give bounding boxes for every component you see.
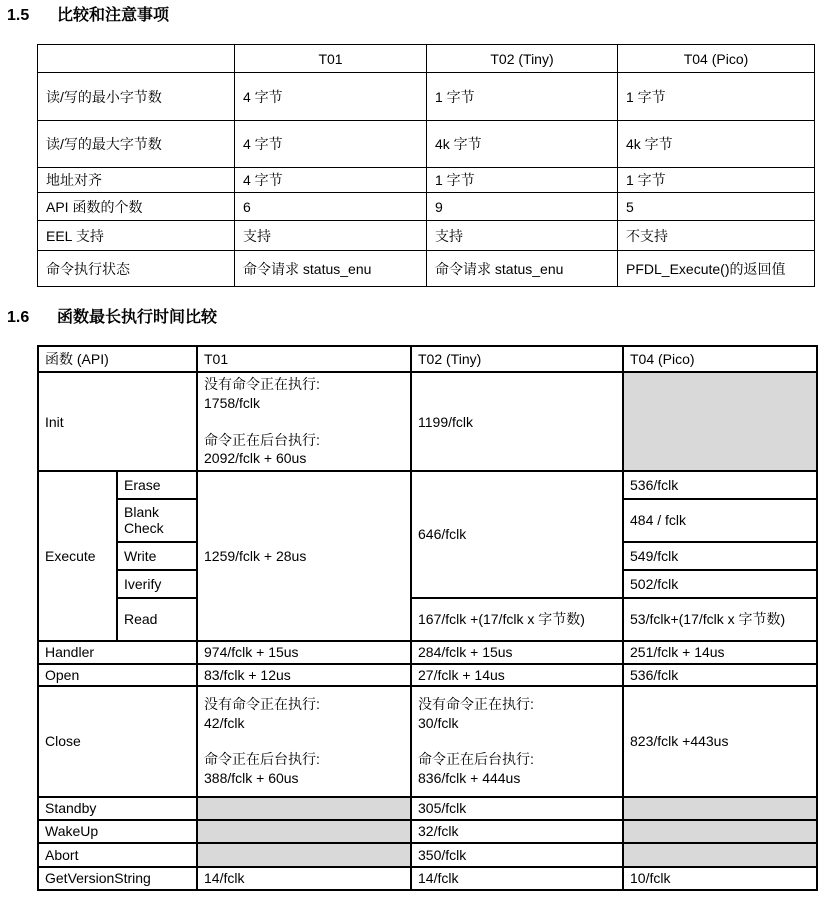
section-1-6-heading: 1.6 函数最长执行时间比较 — [7, 308, 823, 327]
cell-t01: 4 字节 — [235, 168, 427, 193]
row-label: 读/写的最大字节数 — [38, 121, 235, 168]
row-label: WakeUp — [38, 820, 197, 843]
cell-t04: 4k 字节 — [618, 121, 815, 168]
cell-t02: 1 字节 — [427, 168, 618, 193]
cell-t02: 32/fclk — [411, 820, 623, 843]
table-row-close: Close 没有命令正在执行: 42/fclk 命令正在后台执行: 388/fc… — [38, 686, 817, 797]
cell-t02: 284/fclk + 15us — [411, 641, 623, 664]
cell-t01: 支持 — [235, 221, 427, 251]
cell-t01: 4 字节 — [235, 73, 427, 121]
cell-t01: 没有命令正在执行: 42/fclk 命令正在后台执行: 388/fclk + 6… — [197, 686, 411, 797]
row-label: Close — [38, 686, 197, 797]
row-label: Abort — [38, 843, 197, 867]
row-label: EEL 支持 — [38, 221, 235, 251]
section-title: 函数最长执行时间比较 — [57, 308, 217, 327]
sub-row-label: Iverify — [117, 570, 197, 598]
header-cell-t04: T04 (Pico) — [623, 346, 817, 372]
section-number: 1.5 — [7, 6, 57, 25]
cell-t01: 命令请求 status_enu — [235, 251, 427, 287]
table-row-execute-read: Read 167/fclk +(17/fclk x 字节数) 53/fclk+(… — [38, 598, 817, 641]
cell-t02: 命令请求 status_enu — [427, 251, 618, 287]
cell-t04: 251/fclk + 14us — [623, 641, 817, 664]
header-cell-t02: T02 (Tiny) — [427, 45, 618, 73]
cell-t01: 974/fclk + 15us — [197, 641, 411, 664]
sub-row-label: Write — [117, 542, 197, 570]
table-header-row: T01 T02 (Tiny) T04 (Pico) — [38, 45, 815, 73]
cell-t01: 4 字节 — [235, 121, 427, 168]
cell-t04: 53/fclk+(17/fclk x 字节数) — [623, 598, 817, 641]
cell-t01: 6 — [235, 193, 427, 221]
cell-t04: PFDL_Execute()的返回值 — [618, 251, 815, 287]
header-cell-t02: T02 (Tiny) — [411, 346, 623, 372]
cell-t02: 167/fclk +(17/fclk x 字节数) — [411, 598, 623, 641]
table-row: API 函数的个数 6 9 5 — [38, 193, 815, 221]
cell-t04: 549/fclk — [623, 542, 817, 570]
cell-t04-shaded — [623, 820, 817, 843]
cell-t01: 83/fclk + 12us — [197, 664, 411, 686]
cell-t04: 不支持 — [618, 221, 815, 251]
cell-t02: 支持 — [427, 221, 618, 251]
table-row-init: Init 没有命令正在执行: 1758/fclk 命令正在后台执行: 2092/… — [38, 372, 817, 470]
cell-t04: 10/fclk — [623, 867, 817, 890]
cell-t04: 536/fclk — [623, 471, 817, 499]
cell-t01-shaded — [197, 797, 411, 820]
table-row: 地址对齐 4 字节 1 字节 1 字节 — [38, 168, 815, 193]
cell-t02: 27/fclk + 14us — [411, 664, 623, 686]
table-row-handler: Handler 974/fclk + 15us 284/fclk + 15us … — [38, 641, 817, 664]
row-label-execute: Execute — [38, 471, 117, 641]
cell-t02: 1 字节 — [427, 73, 618, 121]
header-cell-t01: T01 — [197, 346, 411, 372]
cell-t02: 9 — [427, 193, 618, 221]
table-row-getversionstring: GetVersionString 14/fclk 14/fclk 10/fclk — [38, 867, 817, 890]
cell-t01: 14/fclk — [197, 867, 411, 890]
cell-t04: 1 字节 — [618, 168, 815, 193]
row-label: 读/写的最小字节数 — [38, 73, 235, 121]
cell-t04: 823/fclk +443us — [623, 686, 817, 797]
table-row-open: Open 83/fclk + 12us 27/fclk + 14us 536/f… — [38, 664, 817, 686]
cell-t02: 14/fclk — [411, 867, 623, 890]
row-label: Standby — [38, 797, 197, 820]
table-header-row: 函数 (API) T01 T02 (Tiny) T04 (Pico) — [38, 346, 817, 372]
section-number: 1.6 — [7, 308, 57, 327]
row-label: Handler — [38, 641, 197, 664]
table-row-abort: Abort 350/fclk — [38, 843, 817, 867]
sub-row-label: Blank Check — [117, 499, 197, 542]
comparison-table: T01 T02 (Tiny) T04 (Pico) 读/写的最小字节数 4 字节… — [37, 44, 815, 287]
cell-t02: 4k 字节 — [427, 121, 618, 168]
table-row: 命令执行状态 命令请求 status_enu 命令请求 status_enu P… — [38, 251, 815, 287]
sub-row-label: Erase — [117, 471, 197, 499]
table-row-standby: Standby 305/fclk — [38, 797, 817, 820]
row-label: Init — [38, 372, 197, 470]
timing-table: 函数 (API) T01 T02 (Tiny) T04 (Pico) Init … — [37, 345, 818, 890]
sub-row-label: Read — [117, 598, 197, 641]
cell-t04-shaded — [623, 797, 817, 820]
cell-t04: 536/fclk — [623, 664, 817, 686]
cell-t01-shaded — [197, 843, 411, 867]
header-cell-api: 函数 (API) — [38, 346, 197, 372]
cell-t04: 1 字节 — [618, 73, 815, 121]
cell-t02: 350/fclk — [411, 843, 623, 867]
cell-t02: 646/fclk — [411, 471, 623, 598]
cell-t01: 1259/fclk + 28us — [197, 471, 411, 641]
table-row: 读/写的最大字节数 4 字节 4k 字节 4k 字节 — [38, 121, 815, 168]
section-title: 比较和注意事项 — [57, 6, 169, 25]
cell-t04-shaded — [623, 843, 817, 867]
row-label: Open — [38, 664, 197, 686]
cell-t04: 484 / fclk — [623, 499, 817, 542]
cell-t02: 305/fclk — [411, 797, 623, 820]
table-row: EEL 支持 支持 支持 不支持 — [38, 221, 815, 251]
table-row-execute-erase: Execute Erase 1259/fclk + 28us 646/fclk … — [38, 471, 817, 499]
cell-t04: 502/fclk — [623, 570, 817, 598]
row-label: 命令执行状态 — [38, 251, 235, 287]
table-row-wakeup: WakeUp 32/fclk — [38, 820, 817, 843]
cell-t04-shaded — [623, 372, 817, 470]
document-page: 1.5 比较和注意事项 T01 T02 (Tiny) T04 (Pico) 读/… — [0, 0, 823, 891]
row-label: API 函数的个数 — [38, 193, 235, 221]
cell-t02: 1199/fclk — [411, 372, 623, 470]
header-cell-t01: T01 — [235, 45, 427, 73]
row-label: 地址对齐 — [38, 168, 235, 193]
table-row: 读/写的最小字节数 4 字节 1 字节 1 字节 — [38, 73, 815, 121]
row-label: GetVersionString — [38, 867, 197, 890]
cell-t01: 没有命令正在执行: 1758/fclk 命令正在后台执行: 2092/fclk … — [197, 372, 411, 470]
section-1-5-heading: 1.5 比较和注意事项 — [7, 6, 823, 25]
header-cell-blank — [38, 45, 235, 73]
cell-t04: 5 — [618, 193, 815, 221]
cell-t02: 没有命令正在执行: 30/fclk 命令正在后台执行: 836/fclk + 4… — [411, 686, 623, 797]
header-cell-t04: T04 (Pico) — [618, 45, 815, 73]
cell-t01-shaded — [197, 820, 411, 843]
